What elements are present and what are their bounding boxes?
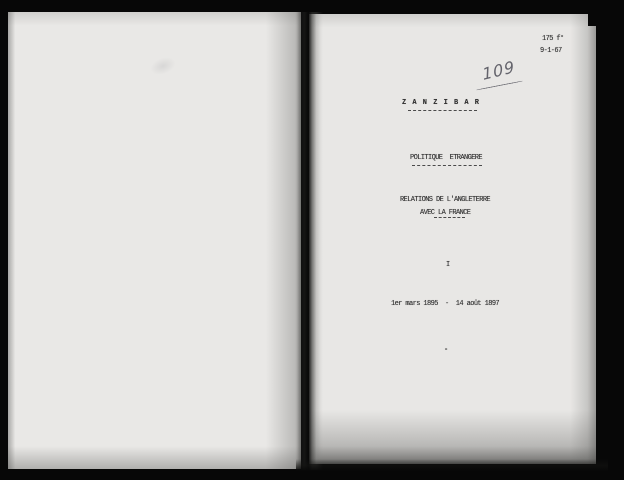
document-title: Z A N Z I B A R xyxy=(402,99,480,107)
date-range: 1er mars 1895 - 14 août 1897 xyxy=(391,300,499,308)
folio-reference: 175 f° xyxy=(542,35,564,43)
right-title-page: 175 f° 9-1-67 109 Z A N Z I B A R POLITI… xyxy=(309,14,596,464)
title-underline xyxy=(408,110,477,111)
section-heading: POLITIQUE ETRANGERE xyxy=(410,154,482,162)
subject-line-2: AVEC LA FRANCE xyxy=(420,209,470,217)
page-corner-notch xyxy=(588,0,624,26)
pencil-smudge xyxy=(148,54,178,78)
subject-underline xyxy=(434,217,465,218)
part-numeral: I xyxy=(446,261,450,269)
classification-code: 9-1-67 xyxy=(540,47,562,55)
left-blank-page xyxy=(8,12,301,469)
section-underline xyxy=(412,165,482,166)
handwritten-folio-number: 109 xyxy=(481,58,516,84)
subject-line-1: RELATIONS DE L'ANGLETERRE xyxy=(400,196,490,204)
scanned-book-spread: 175 f° 9-1-67 109 Z A N Z I B A R POLITI… xyxy=(0,0,624,480)
separator-dash: - xyxy=(444,346,448,354)
